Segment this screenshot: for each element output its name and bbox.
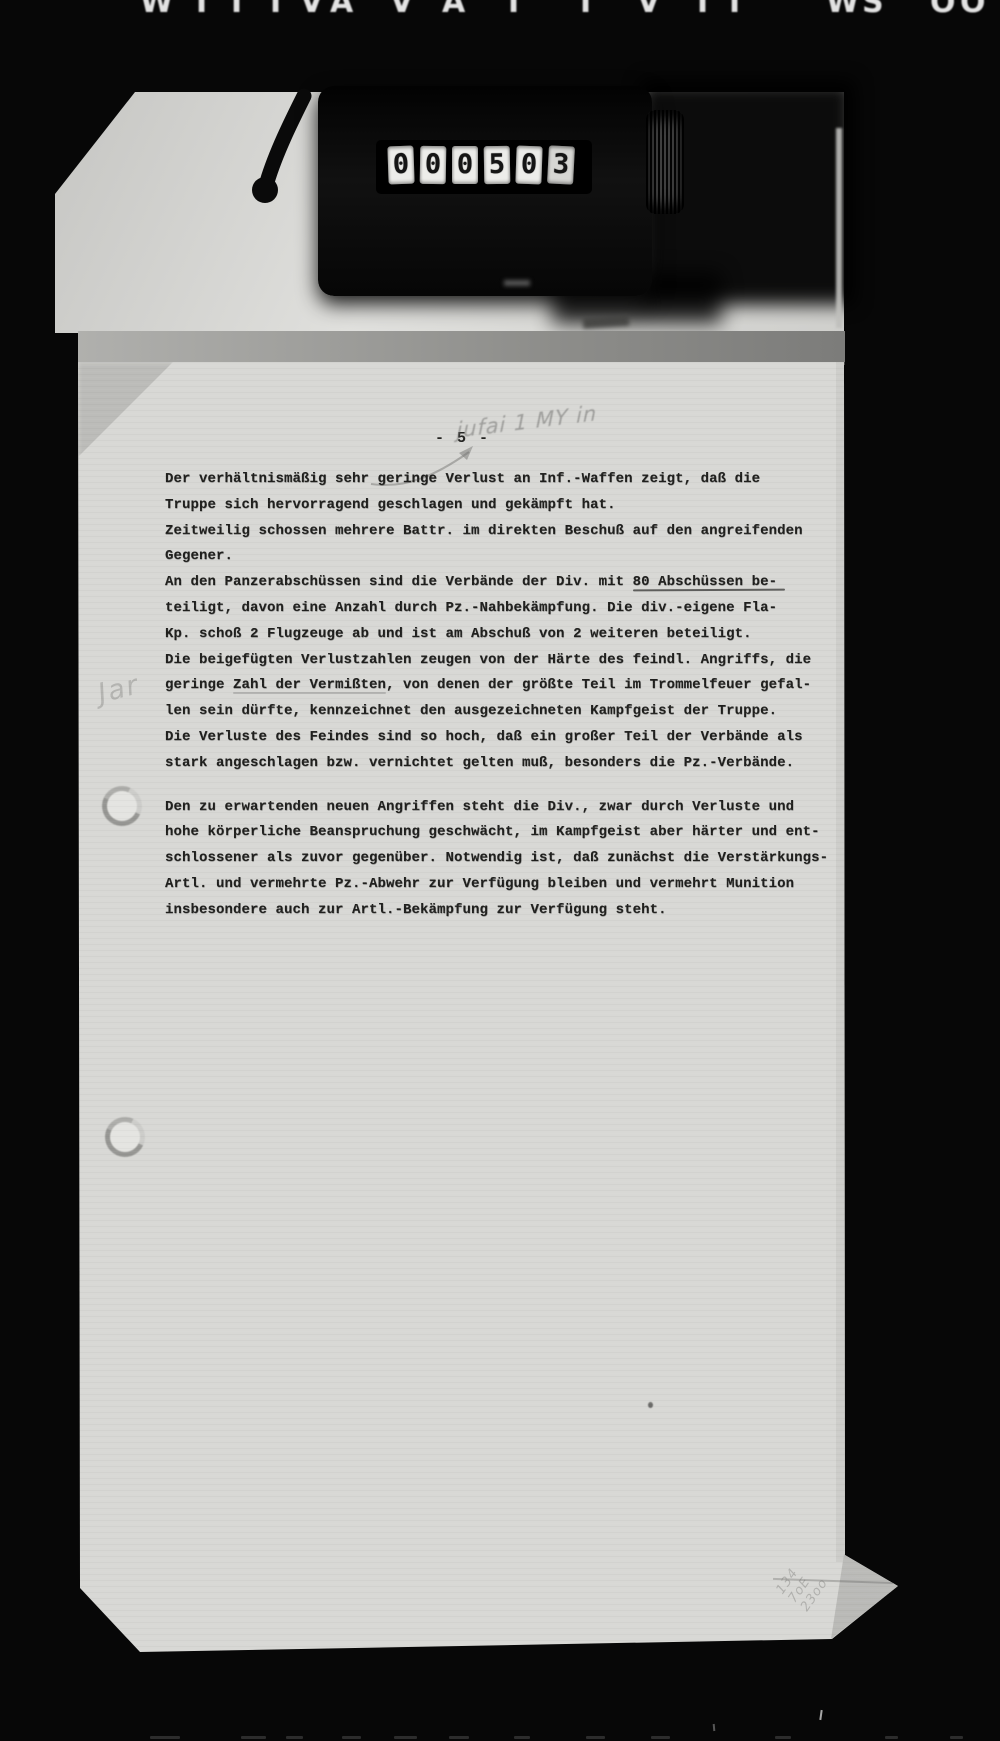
- ink-speck: [648, 1402, 653, 1408]
- film-sprocket-mark: [449, 1736, 469, 1739]
- counter-digit: 0: [452, 146, 478, 184]
- film-edge-glyph: I: [196, 0, 207, 20]
- text-line: stark angeschlagen bzw. vernichtet gelte…: [165, 751, 865, 777]
- pencil-margin-note: Jar: [95, 669, 143, 709]
- counter-digits: 0 0 0 5 0 3: [388, 146, 580, 184]
- film-edge-glyph: V: [390, 0, 413, 20]
- counter-digit: 0: [387, 146, 414, 185]
- film-sprocket-mark: [885, 1736, 898, 1739]
- text-line: teiligt, davon eine Anzahl durch Pz.-Nah…: [165, 596, 865, 622]
- text-line: hohe körperliche Beanspruchung geschwäch…: [165, 820, 865, 846]
- film-sprocket-mark: [241, 1736, 266, 1739]
- counter-digit: 3: [547, 145, 575, 184]
- punch-hole: [96, 780, 147, 831]
- film-sprocket-mark: [514, 1736, 530, 1739]
- film-edge-glyph: W: [140, 0, 173, 20]
- punch-hole: [99, 1111, 150, 1162]
- film-edge-glyph: I: [729, 0, 740, 20]
- film-scratch: [819, 1710, 822, 1720]
- counter-digit: 5: [484, 146, 511, 184]
- film-edge-glyph: S: [862, 0, 884, 20]
- text-line: schlossener als zuvor gegenüber. Notwend…: [165, 846, 865, 872]
- film-sprocket-mark: [342, 1736, 361, 1739]
- film-edge-glyph: A: [330, 0, 353, 20]
- film-scratch: [713, 1724, 716, 1731]
- film-sprocket-mark: [586, 1736, 605, 1739]
- film-sprocket-mark: [394, 1736, 417, 1739]
- text-line: geringe Zahl der Vermißten, von denen de…: [165, 673, 865, 699]
- film-sprocket-mark: [775, 1736, 791, 1739]
- text-line: Den zu erwartenden neuen Angriffen steht…: [165, 795, 865, 821]
- faint-underline-vermissten: [233, 692, 386, 694]
- microfilm-frame: W I I I V A V A I I V I I W S O O 0 0 0 …: [0, 0, 1000, 1741]
- text-line: Die beigefügten Verlustzahlen zeugen von…: [165, 648, 865, 674]
- counter-lever: [240, 88, 330, 218]
- film-edge-glyph: W: [826, 0, 859, 20]
- film-edge-glyph: A: [442, 0, 465, 20]
- page-corner-shadow: [78, 362, 173, 457]
- typed-text-block: Der verhältnismäßig sehr geringe Verlust…: [165, 467, 865, 924]
- document-page: - 5 - jufai 1 MY in Der verhältnismäßig …: [78, 362, 900, 1654]
- film-edge-glyph: V: [300, 0, 323, 20]
- text-line: len sein dürfte, kennzeichnet den ausgez…: [165, 699, 865, 725]
- film-edge-glyph: I: [697, 0, 708, 20]
- film-edge-glyph: I: [580, 0, 591, 20]
- text-line: An den Panzerabschüssen sind die Verbänd…: [165, 570, 865, 596]
- paper-edge-highlight: [836, 128, 842, 328]
- film-edge-glyph: I: [270, 0, 281, 20]
- film-edge-glyph: I: [508, 0, 519, 20]
- film-sprocket-mark: [651, 1736, 670, 1739]
- text-line: Artl. und vermehrte Pz.-Abwehr zur Verfü…: [165, 872, 865, 898]
- film-edge-glyph: O: [960, 0, 986, 20]
- text-line: Zeitweilig schossen mehrere Battr. im di…: [165, 519, 865, 545]
- text-line: insbesondere auch zur Artl.-Bekämpfung z…: [165, 898, 865, 924]
- film-sprocket-mark: [150, 1736, 180, 1739]
- counter-device: 0 0 0 5 0 3: [318, 86, 652, 296]
- counter-knob: [646, 110, 684, 214]
- film-edge-markings-top: W I I I V A V A I I V I I W S O O: [0, 0, 1000, 30]
- counter-bottom-highlight: [504, 280, 530, 286]
- text-line: Truppe sich hervorragend geschlagen und …: [165, 493, 865, 519]
- film-edge-glyph: V: [637, 0, 660, 20]
- film-sprocket-mark: [950, 1736, 963, 1739]
- text-line: Kp. schoß 2 Flugzeuge ab und ist am Absc…: [165, 622, 865, 648]
- text-line: Der verhältnismäßig sehr geringe Verlust…: [165, 467, 865, 493]
- paragraph-2: Den zu erwartenden neuen Angriffen steht…: [165, 795, 865, 924]
- film-sprocket-mark: [286, 1736, 303, 1739]
- pencil-annotation-illegible: jufai 1 MY in: [456, 401, 597, 443]
- page-top-edge-shadow: [78, 331, 845, 365]
- counter-digit: 0: [515, 146, 542, 185]
- film-edge-glyph: I: [231, 0, 242, 20]
- pencil-corner-notes: 134 7oE 23oo: [773, 1559, 831, 1615]
- counter-digit: 0: [420, 146, 447, 184]
- text-line: Gegener.: [165, 544, 865, 570]
- film-edge-glyph: O: [930, 0, 956, 20]
- paragraph-1: Der verhältnismäßig sehr geringe Verlust…: [165, 467, 865, 777]
- text-line: Die Verluste des Feindes sind so hoch, d…: [165, 725, 865, 751]
